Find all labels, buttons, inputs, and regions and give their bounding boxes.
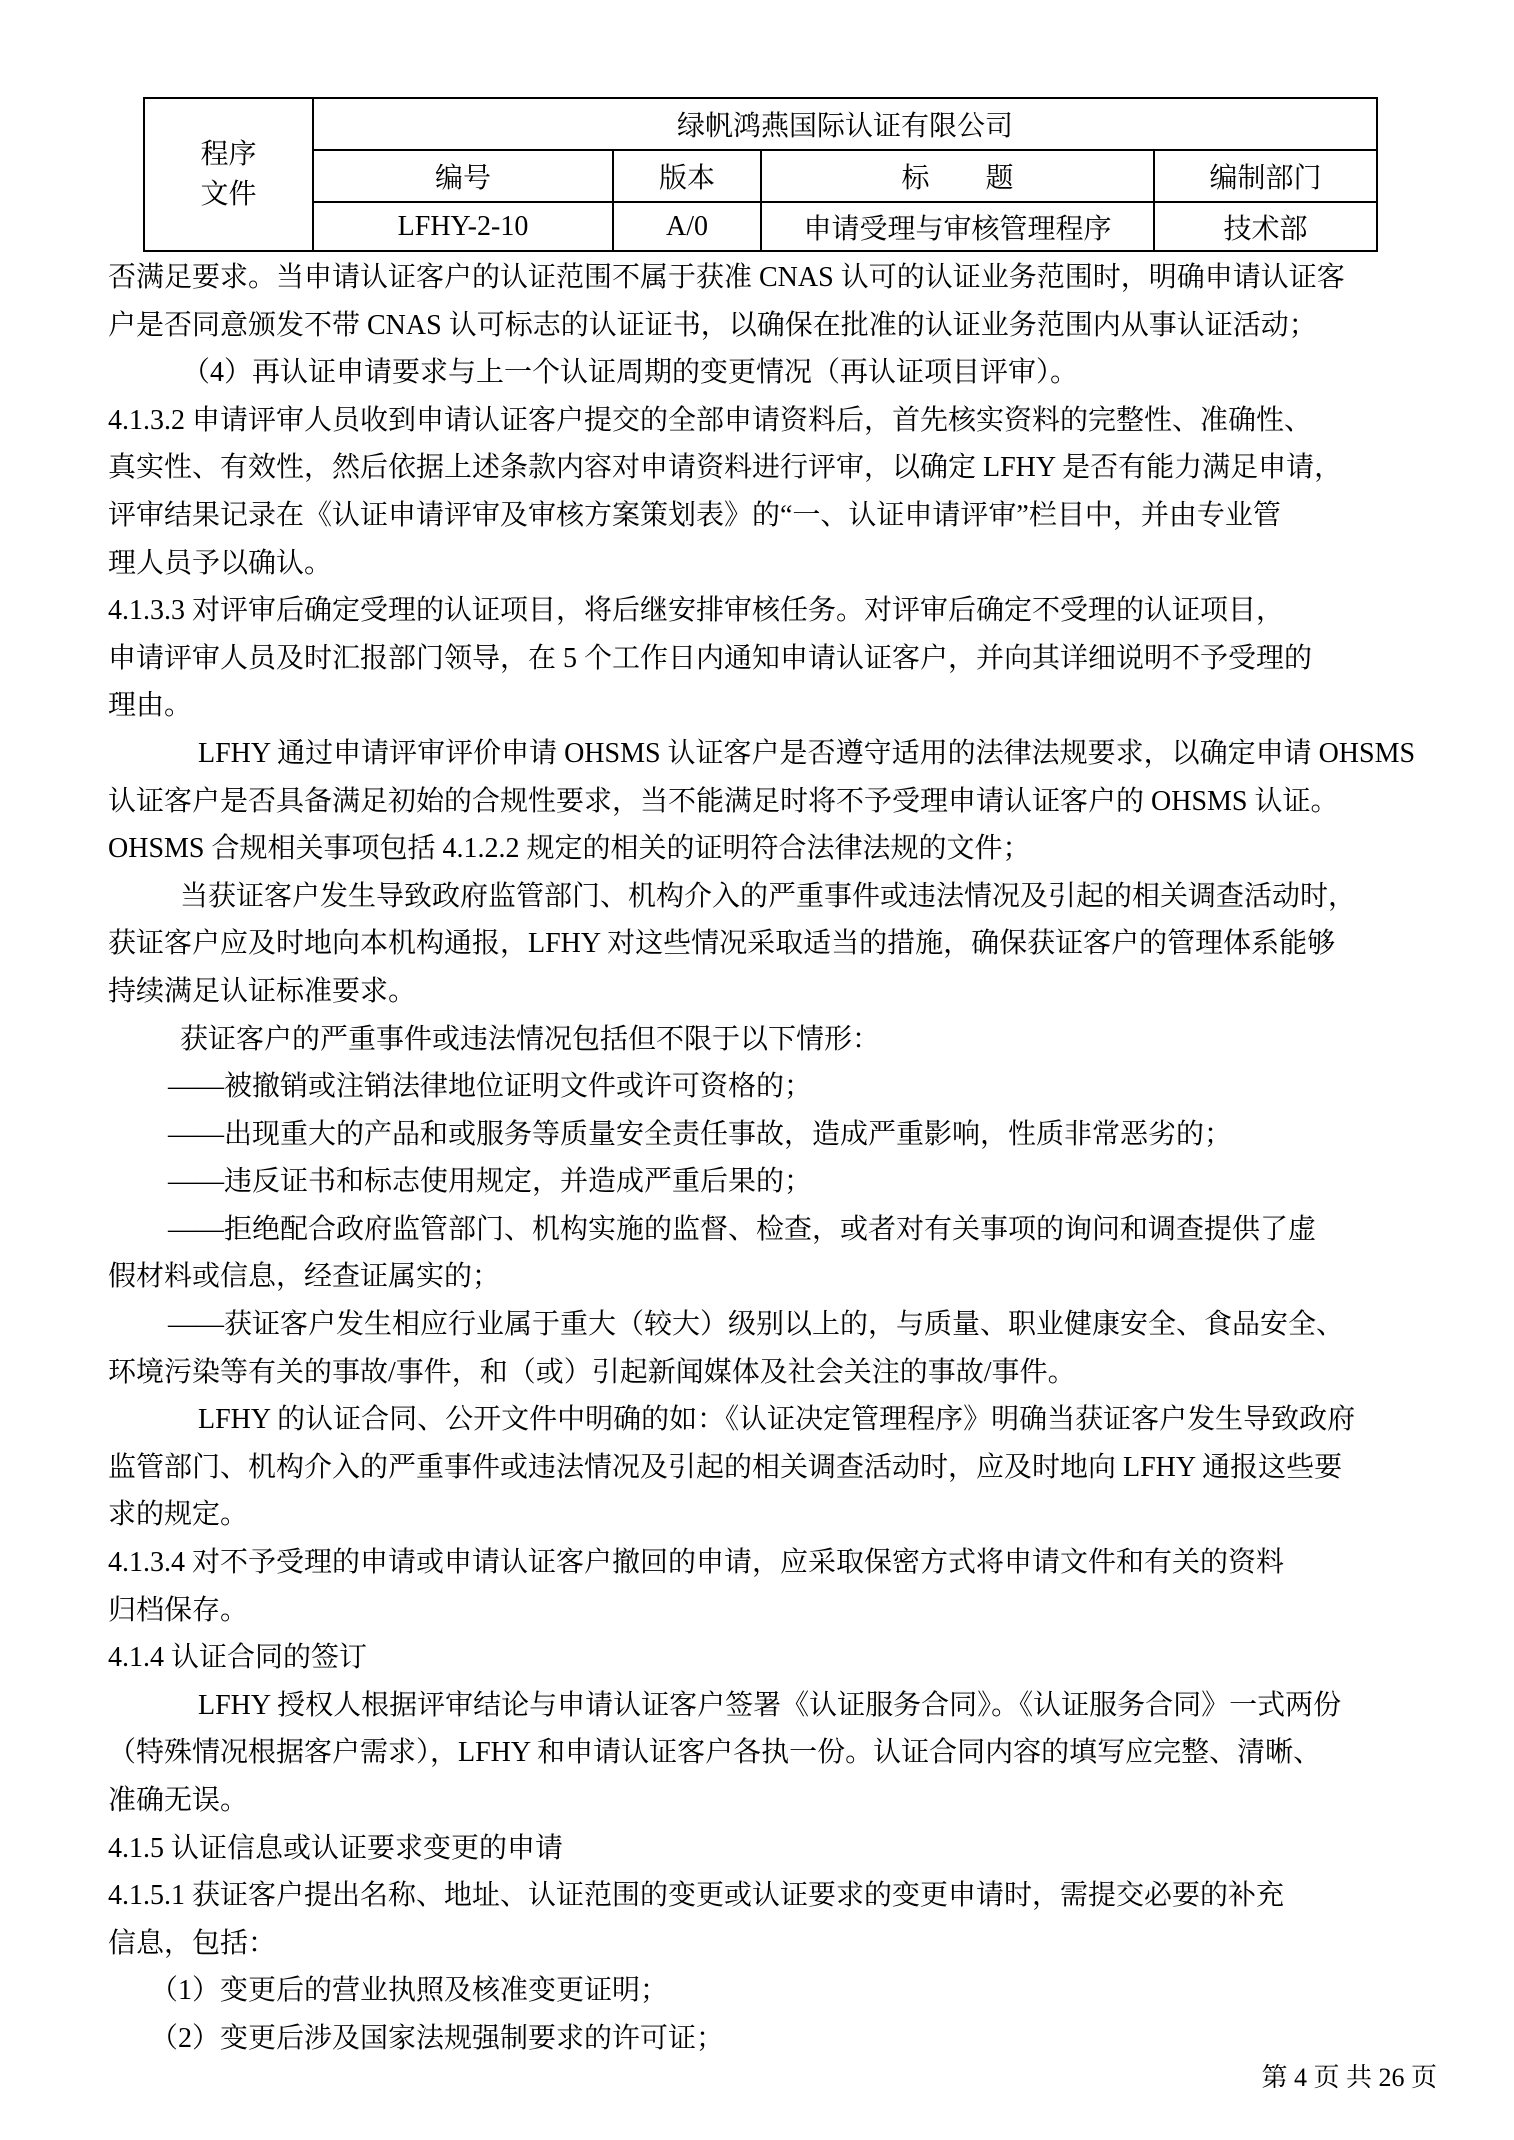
- body-line: LFHY 的认证合同、公开文件中明确的如：《认证决定管理程序》明确当获证客户发生…: [108, 1396, 1437, 1444]
- body-line: 评审结果记录在《认证申请评审及审核方案策划表》的“一、认证申请评审”栏目中，并由…: [108, 492, 1437, 540]
- body-line: 4.1.5 认证信息或认证要求变更的申请: [108, 1825, 1437, 1873]
- body-line: 4.1.3.3 对评审后确定受理的认证项目，将后继安排审核任务。对评审后确定不受…: [108, 587, 1437, 635]
- body-line: ——出现重大的产品和或服务等质量安全责任事故，造成严重影响，性质非常恶劣的；: [108, 1111, 1437, 1159]
- body-line: 4.1.5.1 获证客户提出名称、地址、认证范围的变更或认证要求的变更申请时，需…: [108, 1872, 1437, 1920]
- document-page: 程序 文件 绿帆鸿燕国际认证有限公司 编号 版本 标 题 编制部门 LFHY-2…: [0, 0, 1514, 2140]
- doc-type-line2: 文件: [145, 175, 312, 215]
- body-line: 4.1.3.2 申请评审人员收到申请认证客户提交的全部申请资料后，首先核实资料的…: [108, 397, 1437, 445]
- body-line: ——获证客户发生相应行业属于重大（较大）级别以上的，与质量、职业健康安全、食品安…: [108, 1301, 1437, 1349]
- label-version: 版本: [613, 150, 761, 202]
- body-line: 理人员予以确认。: [108, 540, 1437, 588]
- body-line: 环境污染等有关的事故/事件，和（或）引起新闻媒体及社会关注的事故/事件。: [108, 1349, 1437, 1397]
- body-line: （2）变更后涉及国家法规强制要求的许可证；: [108, 2015, 1437, 2063]
- label-doc-number: 编号: [313, 150, 613, 202]
- body-line: ——拒绝配合政府监管部门、机构实施的监督、检查，或者对有关事项的询问和调查提供了…: [108, 1206, 1437, 1254]
- value-title: 申请受理与审核管理程序: [761, 202, 1154, 251]
- body-line: 获证客户的严重事件或违法情况包括但不限于以下情形：: [108, 1016, 1437, 1064]
- body-line: 户是否同意颁发不带 CNAS 认可标志的认证证书，以确保在批准的认证业务范围内从…: [108, 302, 1437, 350]
- body-text: 否满足要求。当申请认证客户的认证范围不属于获准 CNAS 认可的认证业务范围时，…: [108, 254, 1437, 2063]
- value-doc-number: LFHY-2-10: [313, 202, 613, 251]
- body-line: 归档保存。: [108, 1587, 1437, 1635]
- body-line: 假材料或信息，经查证属实的；: [108, 1253, 1437, 1301]
- body-line: 认证客户是否具备满足初始的合规性要求，当不能满足时将不予受理申请认证客户的 OH…: [108, 778, 1437, 826]
- company-name: 绿帆鸿燕国际认证有限公司: [313, 98, 1377, 150]
- body-line: 信息，包括：: [108, 1920, 1437, 1968]
- body-line: 准确无误。: [108, 1777, 1437, 1825]
- document-header-table: 程序 文件 绿帆鸿燕国际认证有限公司 编号 版本 标 题 编制部门 LFHY-2…: [143, 97, 1378, 252]
- body-line: 监管部门、机构介入的严重事件或违法情况及引起的相关调查活动时，应及时地向 LFH…: [108, 1444, 1437, 1492]
- body-line: 当获证客户发生导致政府监管部门、机构介入的严重事件或违法情况及引起的相关调查活动…: [108, 873, 1437, 921]
- body-line: OHSMS 合规相关事项包括 4.1.2.2 规定的相关的证明符合法律法规的文件…: [108, 825, 1437, 873]
- body-line: 否满足要求。当申请认证客户的认证范围不属于获准 CNAS 认可的认证业务范围时，…: [108, 254, 1437, 302]
- header-row-labels: 编号 版本 标 题 编制部门: [144, 150, 1377, 202]
- body-line: （4）再认证申请要求与上一个认证周期的变更情况（再认证项目评审）。: [108, 349, 1437, 397]
- body-line: ——被撤销或注销法律地位证明文件或许可资格的；: [108, 1063, 1437, 1111]
- body-line: 求的规定。: [108, 1491, 1437, 1539]
- body-line: ——违反证书和标志使用规定，并造成严重后果的；: [108, 1158, 1437, 1206]
- label-title: 标 题: [761, 150, 1154, 202]
- doc-type-cell: 程序 文件: [144, 98, 313, 251]
- body-line: 理由。: [108, 682, 1437, 730]
- body-line: 4.1.4 认证合同的签订: [108, 1634, 1437, 1682]
- header-row-company: 程序 文件 绿帆鸿燕国际认证有限公司: [144, 98, 1377, 150]
- body-line: LFHY 通过申请评审评价申请 OHSMS 认证客户是否遵守适用的法律法规要求，…: [108, 730, 1437, 778]
- doc-type-line1: 程序: [145, 135, 312, 175]
- value-department: 技术部: [1154, 202, 1377, 251]
- body-line: 持续满足认证标准要求。: [108, 968, 1437, 1016]
- body-line: 申请评审人员及时汇报部门领导，在 5 个工作日内通知申请认证客户，并向其详细说明…: [108, 635, 1437, 683]
- body-line: （特殊情况根据客户需求），LFHY 和申请认证客户各执一份。认证合同内容的填写应…: [108, 1729, 1437, 1777]
- label-department: 编制部门: [1154, 150, 1377, 202]
- value-version: A/0: [613, 202, 761, 251]
- body-line: LFHY 授权人根据评审结论与申请认证客户签署《认证服务合同》。《认证服务合同》…: [108, 1682, 1437, 1730]
- body-line: 真实性、有效性，然后依据上述条款内容对申请资料进行评审，以确定 LFHY 是否有…: [108, 444, 1437, 492]
- header-row-values: LFHY-2-10 A/0 申请受理与审核管理程序 技术部: [144, 202, 1377, 251]
- page-footer: 第 4 页 共 26 页: [108, 2063, 1437, 2093]
- body-line: 获证客户应及时地向本机构通报，LFHY 对这些情况采取适当的措施，确保获证客户的…: [108, 920, 1437, 968]
- page-number: 第 4 页 共 26 页: [1261, 2063, 1437, 2092]
- body-line: 4.1.3.4 对不予受理的申请或申请认证客户撤回的申请，应采取保密方式将申请文…: [108, 1539, 1437, 1587]
- body-line: （1）变更后的营业执照及核准变更证明；: [108, 1967, 1437, 2015]
